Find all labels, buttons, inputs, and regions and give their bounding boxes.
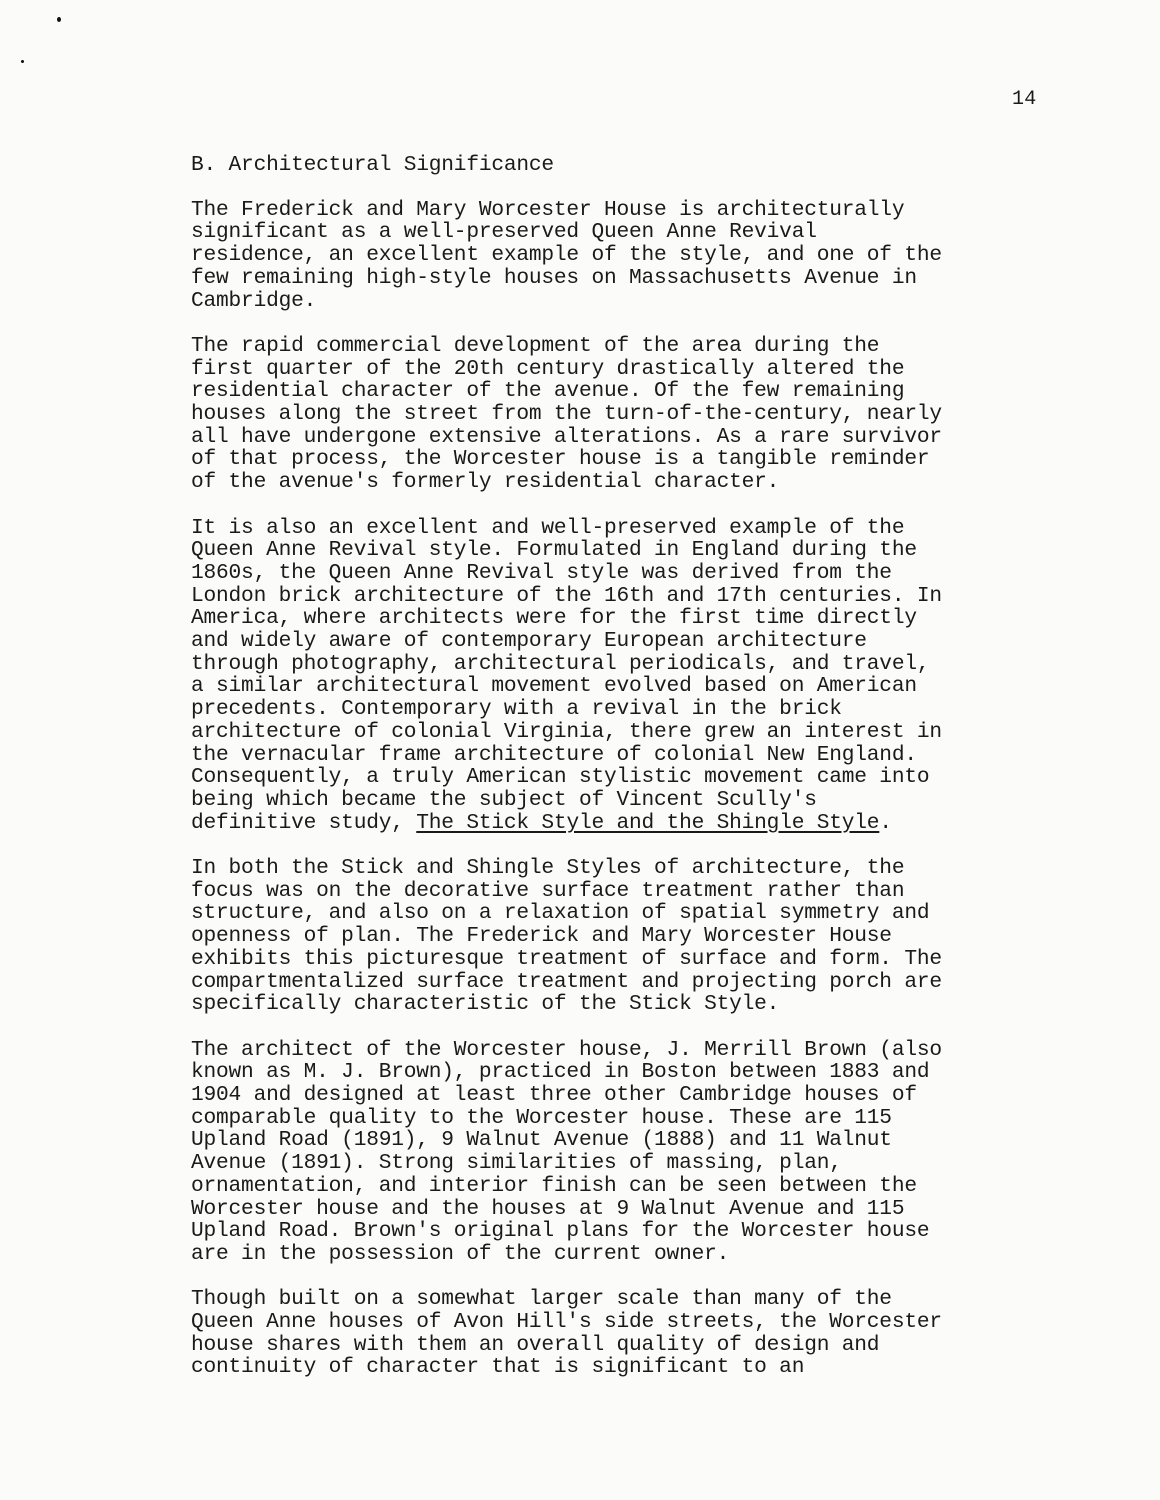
section-heading: B. Architectural Significance xyxy=(191,154,1031,177)
paragraph-1: The Frederick and Mary Worcester House i… xyxy=(191,199,1031,313)
paragraph-4: In both the Stick and Shingle Styles of … xyxy=(191,857,1031,1016)
paragraph-3-end: . xyxy=(879,811,892,835)
scan-mark xyxy=(57,17,61,22)
paragraph-6: Though built on a somewhat larger scale … xyxy=(191,1288,1031,1379)
book-title: The Stick Style and the Shingle Style xyxy=(416,811,879,835)
scan-mark xyxy=(21,60,24,63)
paragraph-2: The rapid commercial development of the … xyxy=(191,335,1031,494)
paragraph-3-text: It is also an excellent and well-preserv… xyxy=(191,516,942,835)
document-body: B. Architectural Significance The Freder… xyxy=(191,154,1031,1402)
page-number: 14 xyxy=(1012,88,1037,111)
paragraph-5: The architect of the Worcester house, J.… xyxy=(191,1039,1031,1266)
paragraph-3: It is also an excellent and well-preserv… xyxy=(191,517,1031,835)
